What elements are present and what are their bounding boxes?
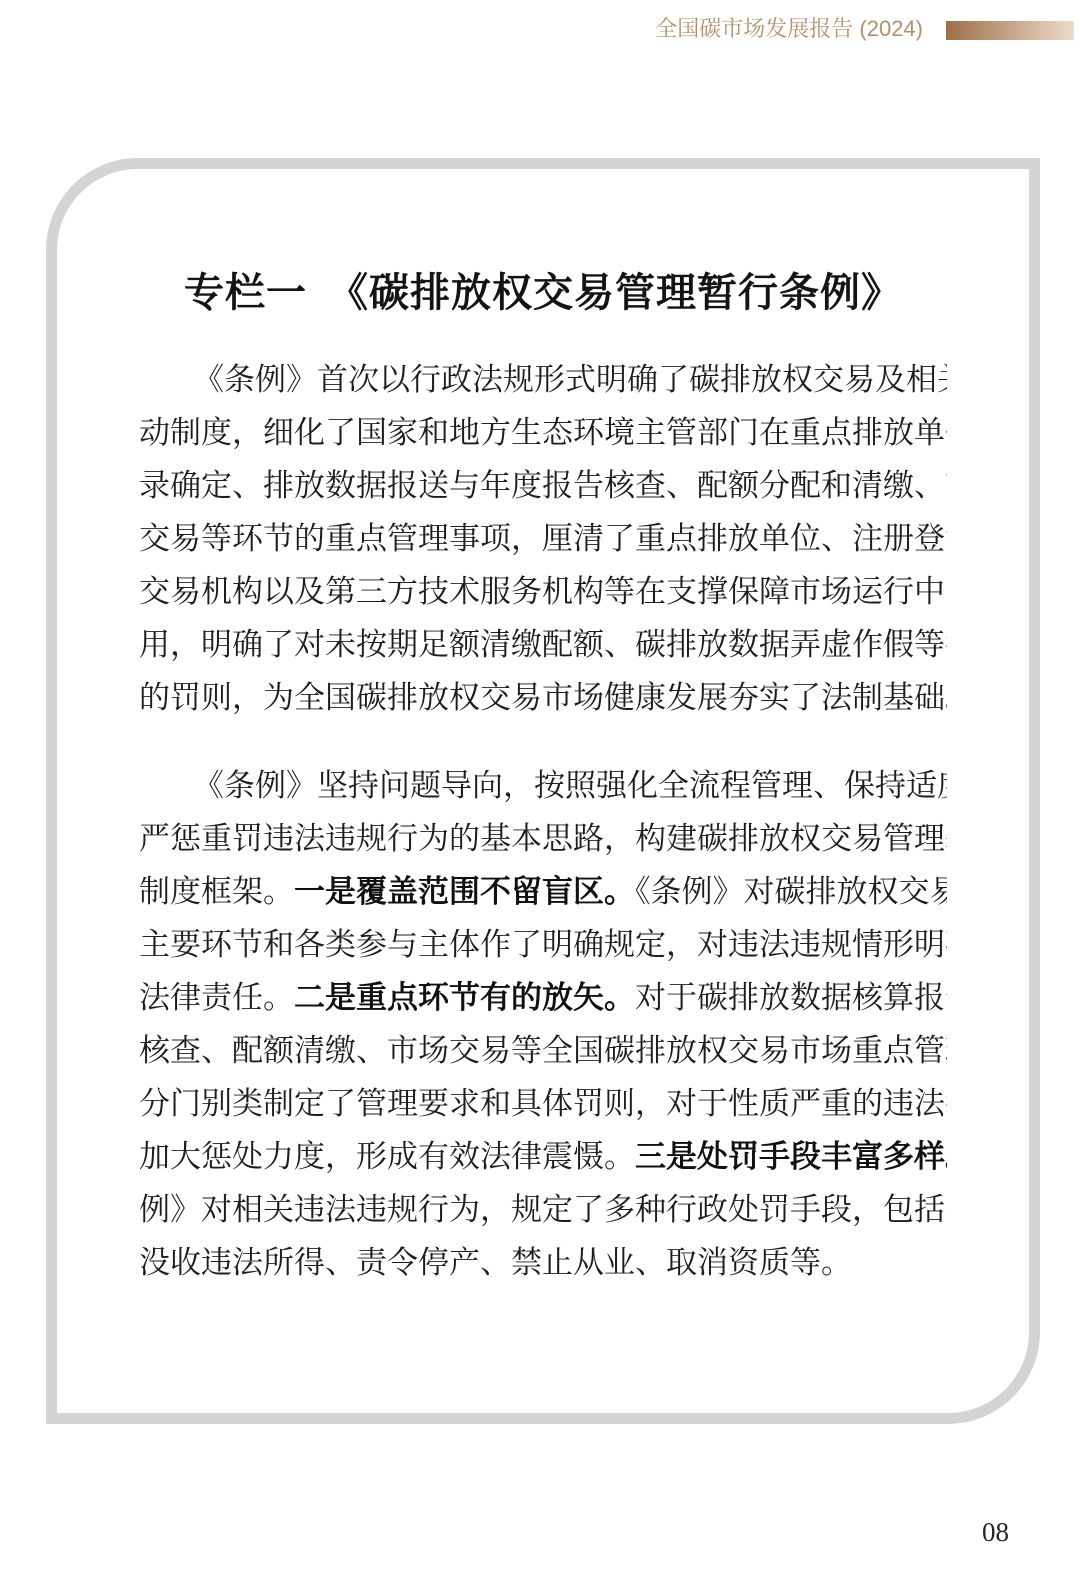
body-text: 《条例》对碳排放权交易的 xyxy=(635,874,947,909)
text-line: 核查、配额清缴、市场交易等全国碳排放权交易市场重点管理环节， xyxy=(139,1024,947,1077)
text-line: 用，明确了对未按期足额清缴配额、碳排放数据弄虚作假等行为 xyxy=(139,618,947,671)
panel-title: 专栏一 《碳排放权交易管理暂行条例》 xyxy=(57,269,1029,317)
callout-panel: 专栏一 《碳排放权交易管理暂行条例》 《条例》首次以行政法规形式明确了碳排放权交… xyxy=(46,158,1040,1424)
body-text: 没收违法所得、责令停产、禁止从业、取消资质等。 xyxy=(139,1245,852,1280)
text-line: 动制度，细化了国家和地方生态环境主管部门在重点排放单位名 xyxy=(139,406,947,459)
panel-body: 《条例》首次以行政法规形式明确了碳排放权交易及相关活动制度，细化了国家和地方生态… xyxy=(57,353,1029,1289)
body-text: 严惩重罚违法违规行为的基本思路，构建碳排放权交易管理基本 xyxy=(139,821,947,856)
body-text: 《条例》首次以行政法规形式明确了碳排放权交易及相关活 xyxy=(193,362,947,397)
body-text: 法律责任。 xyxy=(139,980,294,1015)
body-text: 对于碳排放数据核算报告和 xyxy=(635,980,947,1015)
body-text: 录确定、排放数据报送与年度报告核查、配额分配和清缴、市场 xyxy=(139,468,947,503)
text-line: 分门别类制定了管理要求和具体罚则，对于性质严重的违法行为， xyxy=(139,1077,947,1130)
body-text: 核查、配额清缴、市场交易等全国碳排放权交易市场重点管理环节， xyxy=(139,1033,947,1068)
text-line: 制度框架。一是覆盖范围不留盲区。《条例》对碳排放权交易的 xyxy=(139,865,947,918)
emphasis-text: 一是覆盖范围不留盲区。 xyxy=(294,874,635,909)
header-accent-bar xyxy=(946,21,1074,40)
text-line: 例》对相关违法违规行为，规定了多种行政处罚手段，包括罚款、 xyxy=(139,1183,947,1236)
emphasis-text: 二是重点环节有的放矢。 xyxy=(294,980,635,1015)
report-title: 全国碳市场发展报告 (2024) xyxy=(655,17,923,41)
text-line: 录确定、排放数据报送与年度报告核查、配额分配和清缴、市场 xyxy=(139,459,947,512)
body-text: 《条例》坚持问题导向，按照强化全流程管理、保持适度弹性、 xyxy=(193,768,947,803)
body-text: 交易机构以及第三方技术服务机构等在支撑保障市场运行中的作 xyxy=(139,574,947,609)
body-text: 用，明确了对未按期足额清缴配额、碳排放数据弄虚作假等行为 xyxy=(139,627,947,662)
body-text: 的罚则，为全国碳排放权交易市场健康发展夯实了法制基础。 xyxy=(139,680,947,715)
body-text: 例》对相关违法违规行为，规定了多种行政处罚手段，包括罚款、 xyxy=(139,1192,947,1227)
text-line: 没收违法所得、责令停产、禁止从业、取消资质等。 xyxy=(139,1236,947,1289)
paragraph: 《条例》坚持问题导向，按照强化全流程管理、保持适度弹性、严惩重罚违法违规行为的基… xyxy=(139,759,947,1289)
text-line: 《条例》首次以行政法规形式明确了碳排放权交易及相关活 xyxy=(139,353,947,406)
text-line: 法律责任。二是重点环节有的放矢。对于碳排放数据核算报告和 xyxy=(139,971,947,1024)
paragraph: 《条例》首次以行政法规形式明确了碳排放权交易及相关活动制度，细化了国家和地方生态… xyxy=(139,353,947,724)
text-line: 加大惩处力度，形成有效法律震慑。三是处罚手段丰富多样。《条 xyxy=(139,1130,947,1183)
body-text: 主要环节和各类参与主体作了明确规定，对违法违规情形明确了 xyxy=(139,927,947,962)
body-text: 制度框架。 xyxy=(139,874,294,909)
text-line: 的罚则，为全国碳排放权交易市场健康发展夯实了法制基础。 xyxy=(139,671,947,724)
emphasis-text: 三是处罚手段丰富多样。 xyxy=(635,1139,947,1174)
body-text: 动制度，细化了国家和地方生态环境主管部门在重点排放单位名 xyxy=(139,415,947,450)
page-number: 08 xyxy=(982,1517,1009,1548)
body-text: 分门别类制定了管理要求和具体罚则，对于性质严重的违法行为， xyxy=(139,1086,947,1121)
page-header: 全国碳市场发展报告 (2024) xyxy=(0,0,1080,60)
text-line: 《条例》坚持问题导向，按照强化全流程管理、保持适度弹性、 xyxy=(139,759,947,812)
text-line: 交易机构以及第三方技术服务机构等在支撑保障市场运行中的作 xyxy=(139,565,947,618)
body-text: 加大惩处力度，形成有效法律震慑。 xyxy=(139,1139,635,1174)
text-line: 主要环节和各类参与主体作了明确规定，对违法违规情形明确了 xyxy=(139,918,947,971)
page: 全国碳市场发展报告 (2024) 专栏一 《碳排放权交易管理暂行条例》 《条例》… xyxy=(0,0,1080,1591)
text-line: 严惩重罚违法违规行为的基本思路，构建碳排放权交易管理基本 xyxy=(139,812,947,865)
body-text: 交易等环节的重点管理事项，厘清了重点排放单位、注册登记机构、 xyxy=(139,521,947,556)
text-line: 交易等环节的重点管理事项，厘清了重点排放单位、注册登记机构、 xyxy=(139,512,947,565)
